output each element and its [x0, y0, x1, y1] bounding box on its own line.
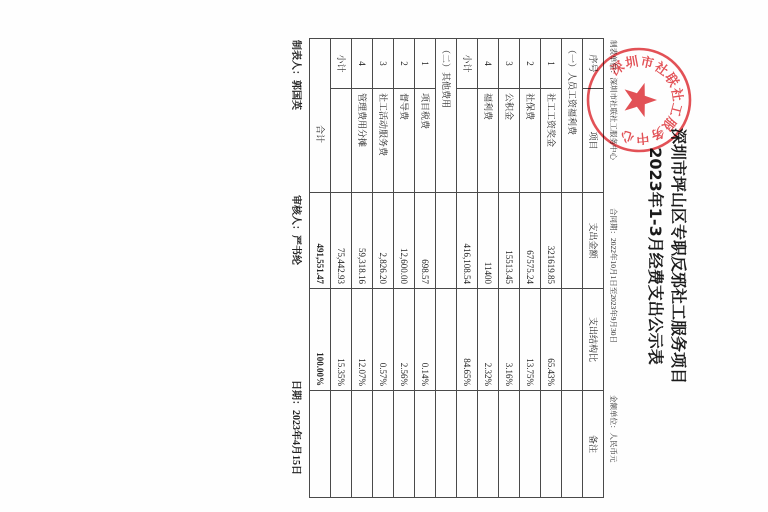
table-row: 3 社工活动服务费 2,826.20 0.57%: [373, 39, 394, 498]
table-row: 1 社工工资奖金 321619.85 65.43%: [541, 39, 562, 498]
header-amount: 支出金额: [583, 193, 604, 289]
ratio-cell: [436, 289, 457, 391]
row-item: 社保费: [520, 89, 541, 193]
row-no: 1: [415, 39, 436, 89]
row-no: 1: [541, 39, 562, 89]
total-row: 合计 491,551.47 100.00%: [310, 39, 331, 498]
ratio-cell: [562, 289, 583, 391]
subtotal-ratio: 15.35%: [331, 289, 352, 391]
amount-cell: 15513.45: [499, 193, 520, 289]
note-cell: [352, 391, 373, 498]
table-row: 3 公积金 15513.45 3.16%: [499, 39, 520, 498]
total-amount: 491,551.47: [310, 193, 331, 289]
rotated-document-page: 深圳市坪山区专职反邪社工服务项目 2023年1-3月经费支出公示表 制表单位：深…: [0, 0, 768, 512]
note-cell: [394, 391, 415, 498]
row-no: 2: [520, 39, 541, 89]
ratio-cell: 0.57%: [373, 289, 394, 391]
total-ratio: 100.00%: [310, 289, 331, 391]
ratio-cell: 2.32%: [478, 289, 499, 391]
section-row: （二）其他费用: [436, 39, 457, 498]
amount-cell: 321619.85: [541, 193, 562, 289]
ratio-cell: 2.56%: [394, 289, 415, 391]
note-cell: [415, 391, 436, 498]
note-cell: [310, 391, 331, 498]
subtotal-label: 小计: [457, 39, 478, 89]
section-label: （一）人员工资福利费: [562, 39, 583, 193]
amount-cell: 2,826.20: [373, 193, 394, 289]
total-label: 合计: [310, 39, 331, 193]
row-no: 4: [352, 39, 373, 89]
row-item: 社工活动服务费: [373, 89, 394, 193]
contract-period: 合同期：2022年10月1日至2023年9月30日: [609, 208, 618, 343]
amount-cell: 698.57: [415, 193, 436, 289]
ratio-cell: 0.14%: [415, 289, 436, 391]
ratio-cell: 12.07%: [352, 289, 373, 391]
amount-cell: 12,600.00: [394, 193, 415, 289]
row-no: 3: [499, 39, 520, 89]
reviewed-by: 审核人：严书纶: [289, 195, 301, 265]
amount-cell: [562, 193, 583, 289]
row-item: 督导费: [394, 89, 415, 193]
row-item: 管理费用分摊: [352, 89, 373, 193]
expense-table: 序号 项目 支出金额 支出结构比 备注 （一）人员工资福利费 1 社工工资奖金 …: [309, 38, 604, 498]
header-ratio: 支出结构比: [583, 289, 604, 391]
ratio-cell: 13.75%: [520, 289, 541, 391]
header-note: 备注: [583, 391, 604, 498]
star-icon: [625, 83, 657, 117]
note-cell: [457, 391, 478, 498]
row-item: 社工工资奖金: [541, 89, 562, 193]
subtotal-ratio: 84.65%: [457, 289, 478, 391]
official-seal-stamp: 深圳市社联社工服务中心: [584, 45, 694, 155]
section-row: （一）人员工资福利费: [562, 39, 583, 498]
table-row: 1 项目税费 698.57 0.14%: [415, 39, 436, 498]
subtotal-row: 小计 75,442.93 15.35%: [331, 39, 352, 498]
row-no: 2: [394, 39, 415, 89]
amount-cell: 59,318.16: [352, 193, 373, 289]
ratio-cell: 3.16%: [499, 289, 520, 391]
note-cell: [373, 391, 394, 498]
note-cell: [331, 391, 352, 498]
row-item: 公积金: [499, 89, 520, 193]
subtotal-label: 小计: [331, 39, 352, 89]
note-cell: [436, 391, 457, 498]
row-item: [331, 89, 352, 193]
amount-cell: 11400: [478, 193, 499, 289]
document-date: 日期：2023年4月15日: [289, 380, 301, 475]
note-cell: [499, 391, 520, 498]
row-no: 3: [373, 39, 394, 89]
subtotal-amount: 416,108.54: [457, 193, 478, 289]
note-cell: [562, 391, 583, 498]
ratio-cell: 65.43%: [541, 289, 562, 391]
subtotal-row: 小计 416,108.54 84.65%: [457, 39, 478, 498]
note-cell: [520, 391, 541, 498]
table-row: 2 督导费 12,600.00 2.56%: [394, 39, 415, 498]
row-no: 4: [478, 39, 499, 89]
subtotal-amount: 75,442.93: [331, 193, 352, 289]
amount-cell: [436, 193, 457, 289]
table-row: 2 社保费 67575.24 13.75%: [520, 39, 541, 498]
row-item: 福利费: [478, 89, 499, 193]
note-cell: [541, 391, 562, 498]
table-row: 4 福利费 11400 2.32%: [478, 39, 499, 498]
row-item: 项目税费: [415, 89, 436, 193]
row-item: [457, 89, 478, 193]
note-cell: [478, 391, 499, 498]
currency-unit: 金额单位：人民币元: [609, 395, 618, 463]
table-row: 4 管理费用分摊 59,318.16 12.07%: [352, 39, 373, 498]
amount-cell: 67575.24: [520, 193, 541, 289]
prepared-by: 制表人：郭国英: [289, 40, 301, 110]
section-label: （二）其他费用: [436, 39, 457, 193]
